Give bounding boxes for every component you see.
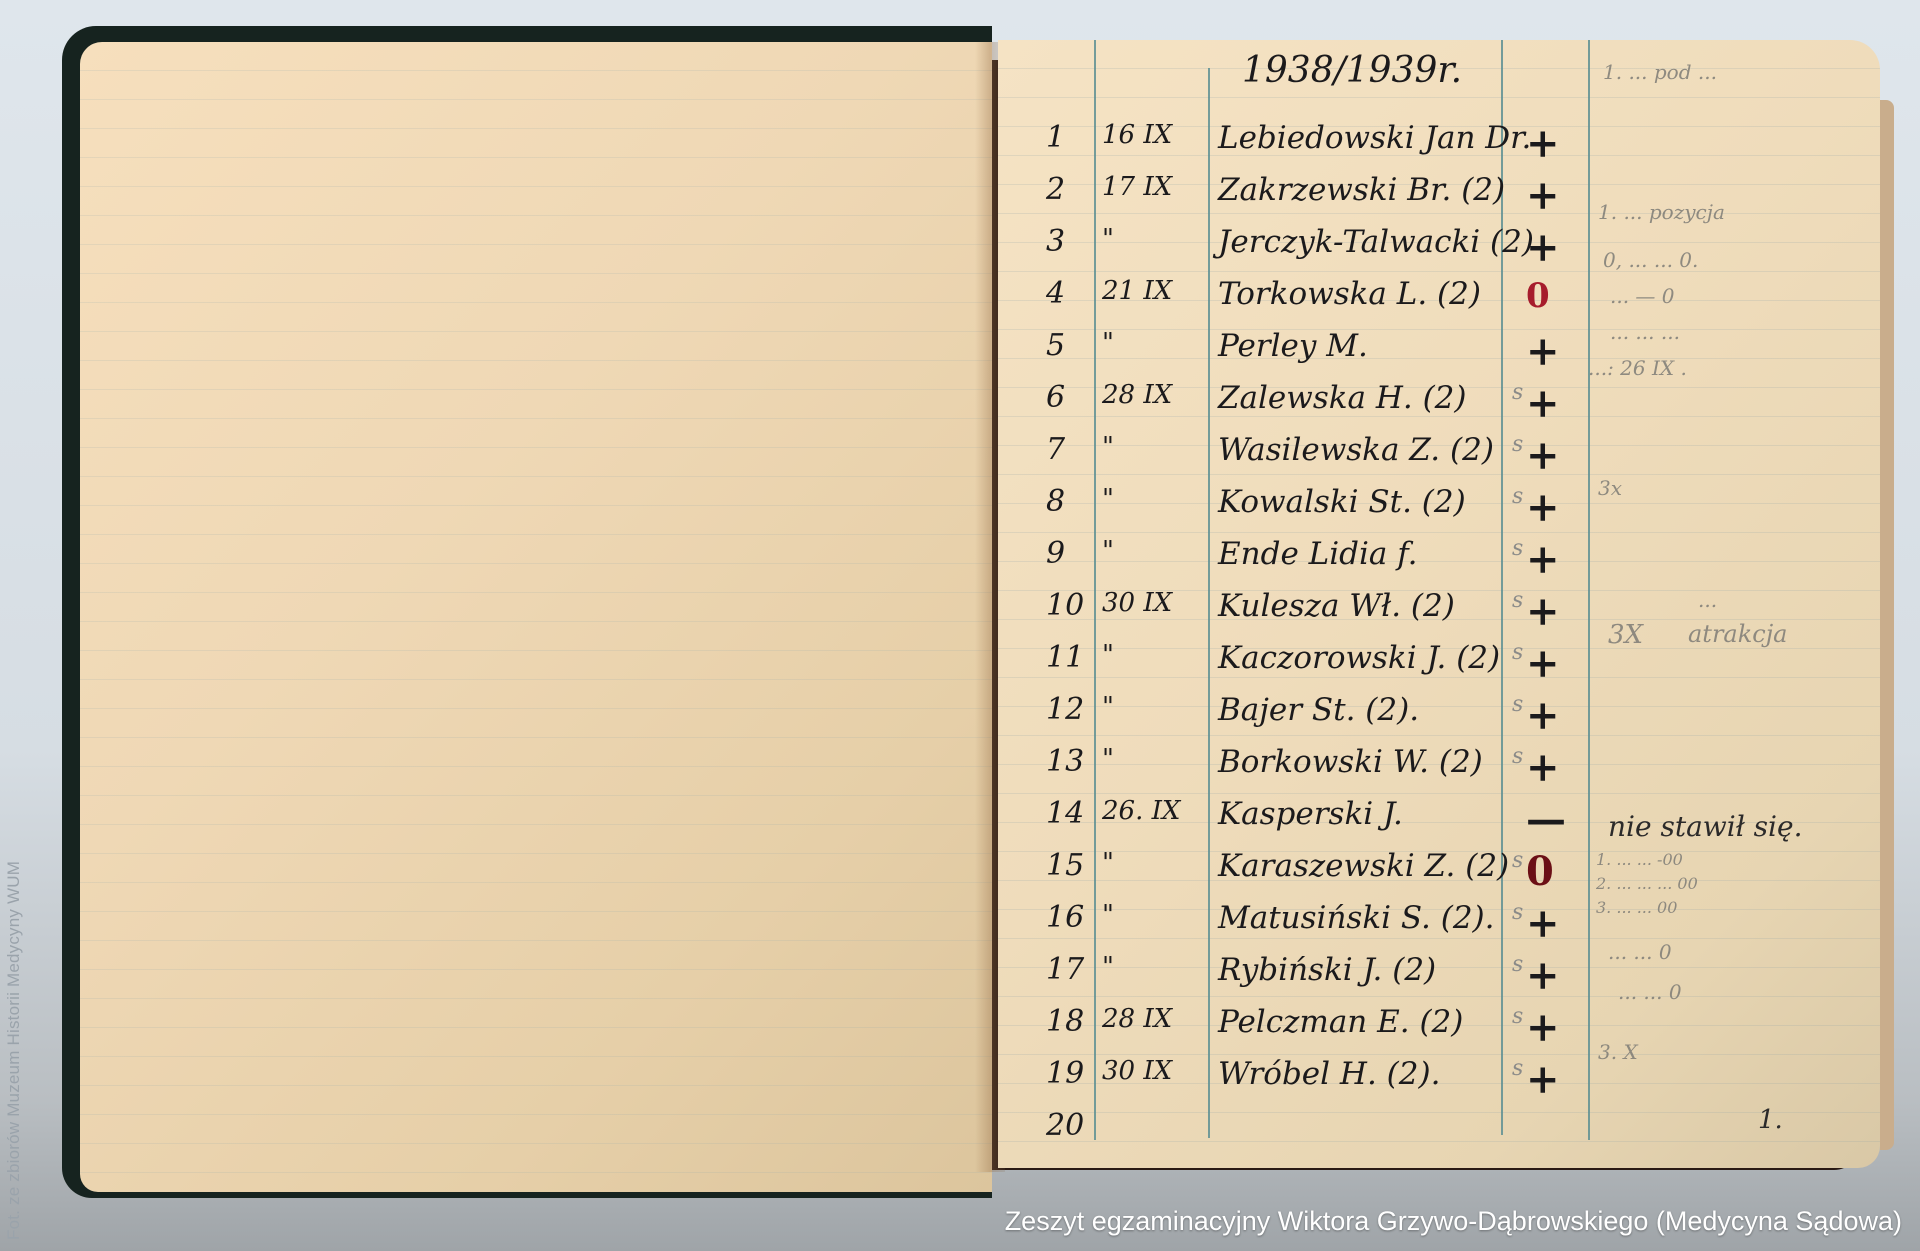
margin-note: atrakcja bbox=[1688, 620, 1787, 648]
register-row: 12"Bajer St. (2).s+ bbox=[998, 692, 1880, 744]
exam-result: + bbox=[1526, 484, 1560, 531]
margin-note: 3. X bbox=[1598, 1040, 1638, 1064]
student-name: Kulesza Wł. (2) bbox=[1218, 588, 1455, 624]
row-number: 4 bbox=[1046, 276, 1065, 311]
s-mark: s bbox=[1512, 380, 1523, 405]
margin-note: 0, ... ... 0. bbox=[1603, 248, 1698, 272]
margin-note: ...: 26 IX . bbox=[1588, 356, 1687, 380]
register-row: 15"Karaszewski Z. (2)s0 bbox=[998, 848, 1880, 900]
margin-note-top: 1. ... pod ... bbox=[1603, 60, 1717, 84]
exam-date: " bbox=[1102, 744, 1114, 774]
row-number: 1 bbox=[1046, 120, 1065, 155]
student-name: Perley M. bbox=[1218, 328, 1368, 364]
student-name: Bajer St. (2). bbox=[1218, 692, 1419, 728]
photo-credit: Fot. ze zbiorów Muzeum Historii Medycyny… bbox=[4, 861, 24, 1240]
register-row: 217 IXZakrzewski Br. (2)+ bbox=[998, 172, 1880, 224]
student-name: Rybiński J. (2) bbox=[1218, 952, 1436, 988]
student-name: Torkowska L. (2) bbox=[1218, 276, 1481, 312]
left-page bbox=[80, 42, 992, 1192]
student-name: Borkowski W. (2) bbox=[1218, 744, 1483, 780]
s-mark: s bbox=[1512, 484, 1523, 509]
register-row: 421 IXTorkowska L. (2)0 bbox=[998, 276, 1880, 328]
exam-date: 17 IX bbox=[1102, 172, 1172, 202]
exam-result: + bbox=[1526, 588, 1560, 635]
margin-note: 1. ... pozycja bbox=[1598, 200, 1725, 224]
margin-note: ... bbox=[1698, 588, 1717, 612]
student-name: Karaszewski Z. (2) bbox=[1218, 848, 1509, 884]
student-name: Kasperski J. bbox=[1218, 796, 1403, 832]
exam-date: 28 IX bbox=[1102, 380, 1172, 410]
exam-result: + bbox=[1526, 952, 1560, 999]
exam-date: 30 IX bbox=[1102, 1056, 1172, 1086]
exam-date: " bbox=[1102, 848, 1114, 878]
row-number: 18 bbox=[1046, 1004, 1084, 1039]
student-name: Lebiedowski Jan Dr. bbox=[1218, 120, 1531, 156]
register-row: 13"Borkowski W. (2)s+ bbox=[998, 744, 1880, 796]
s-mark: s bbox=[1512, 1004, 1523, 1029]
row-number: 10 bbox=[1046, 588, 1084, 623]
margin-note: ... ... 0 bbox=[1618, 980, 1682, 1004]
row-number: 14 bbox=[1046, 796, 1084, 831]
exam-result: + bbox=[1526, 172, 1560, 219]
exam-result: + bbox=[1526, 640, 1560, 687]
register-row: 17"Rybiński J. (2)s+ bbox=[998, 952, 1880, 1004]
row-number: 7 bbox=[1046, 432, 1065, 467]
exam-date: 28 IX bbox=[1102, 1004, 1172, 1034]
exam-date: " bbox=[1102, 432, 1114, 462]
register-row: 16"Matusiński S. (2).s+ bbox=[998, 900, 1880, 952]
exam-result: + bbox=[1526, 224, 1560, 271]
register-row: 1930 IXWróbel H. (2).s+ bbox=[998, 1056, 1880, 1108]
register-row: 7"Wasilewska Z. (2)s+ bbox=[998, 432, 1880, 484]
student-name: Pelczman E. (2) bbox=[1218, 1004, 1463, 1040]
register-row: 628 IXZalewska H. (2)s+ bbox=[998, 380, 1880, 432]
exam-date: 30 IX bbox=[1102, 588, 1172, 618]
register-year-header: 1938/1939r. bbox=[1242, 50, 1462, 91]
margin-note: 3X bbox=[1608, 620, 1643, 650]
row-number: 19 bbox=[1046, 1056, 1084, 1091]
student-name: Jerczyk-Talwacki (2) bbox=[1218, 224, 1534, 260]
exam-date: 21 IX bbox=[1102, 276, 1172, 306]
student-name: Kaczorowski J. (2) bbox=[1218, 640, 1500, 676]
margin-note-absent: nie stawił się. bbox=[1608, 810, 1802, 843]
s-mark: s bbox=[1512, 588, 1523, 613]
register-row: 5"Perley M.+ bbox=[998, 328, 1880, 380]
row-number: 2 bbox=[1046, 172, 1065, 207]
s-mark: s bbox=[1512, 432, 1523, 457]
exam-date: " bbox=[1102, 952, 1114, 982]
exam-result: 0 bbox=[1526, 848, 1554, 895]
exam-result: + bbox=[1526, 536, 1560, 583]
margin-note: 3. ... ... 00 bbox=[1596, 898, 1677, 917]
s-mark: s bbox=[1512, 744, 1523, 769]
exam-date: " bbox=[1102, 224, 1114, 254]
row-number: 3 bbox=[1046, 224, 1065, 259]
margin-note: ... ... ... bbox=[1610, 320, 1680, 344]
row-number: 20 bbox=[1046, 1108, 1084, 1143]
student-name: Zalewska H. (2) bbox=[1218, 380, 1467, 416]
s-mark: s bbox=[1512, 640, 1523, 665]
row-number: 11 bbox=[1046, 640, 1084, 675]
margin-note: 1. ... ... -00 bbox=[1596, 850, 1683, 869]
row-number: 6 bbox=[1046, 380, 1065, 415]
row-number: 9 bbox=[1046, 536, 1065, 571]
exam-date: " bbox=[1102, 328, 1114, 358]
exam-date: 26. IX bbox=[1102, 796, 1180, 826]
exam-result: + bbox=[1526, 900, 1560, 947]
student-name: Matusiński S. (2). bbox=[1218, 900, 1495, 936]
right-page: 1938/1939r. 116 IXLebiedowski Jan Dr.+21… bbox=[998, 40, 1880, 1168]
exam-date: " bbox=[1102, 692, 1114, 722]
student-name: Wróbel H. (2). bbox=[1218, 1056, 1440, 1092]
register-row: 1828 IXPelczman E. (2)s+ bbox=[998, 1004, 1880, 1056]
page-number: 1. bbox=[1758, 1105, 1783, 1135]
s-mark: s bbox=[1512, 692, 1523, 717]
student-name: Ende Lidia f. bbox=[1218, 536, 1417, 572]
exam-result: + bbox=[1526, 120, 1560, 167]
student-name: Wasilewska Z. (2) bbox=[1218, 432, 1494, 468]
s-mark: s bbox=[1512, 952, 1523, 977]
exam-date: " bbox=[1102, 536, 1114, 566]
register-row: 9"Ende Lidia f.s+ bbox=[998, 536, 1880, 588]
exam-result: — bbox=[1526, 796, 1566, 843]
exam-result: + bbox=[1526, 432, 1560, 479]
row-number: 5 bbox=[1046, 328, 1065, 363]
exam-result: + bbox=[1526, 328, 1560, 375]
margin-note: 2. ... ... ... 00 bbox=[1596, 874, 1698, 893]
exam-result: + bbox=[1526, 744, 1560, 791]
exam-result: + bbox=[1526, 1004, 1560, 1051]
row-number: 16 bbox=[1046, 900, 1084, 935]
row-number: 8 bbox=[1046, 484, 1065, 519]
student-name: Zakrzewski Br. (2) bbox=[1218, 172, 1505, 208]
register-row: 3"Jerczyk-Talwacki (2)+ bbox=[998, 224, 1880, 276]
exam-result: + bbox=[1526, 380, 1560, 427]
register-row: 8"Kowalski St. (2)s+ bbox=[998, 484, 1880, 536]
image-caption: Zeszyt egzaminacyjny Wiktora Grzywo-Dąbr… bbox=[1005, 1206, 1902, 1237]
exam-date: 16 IX bbox=[1102, 120, 1172, 150]
exam-date: " bbox=[1102, 900, 1114, 930]
exam-date: " bbox=[1102, 640, 1114, 670]
margin-note: ... — 0 bbox=[1610, 284, 1675, 308]
row-number: 15 bbox=[1046, 848, 1084, 883]
exam-result: + bbox=[1526, 692, 1560, 739]
s-mark: s bbox=[1512, 536, 1523, 561]
register-row: 20 bbox=[998, 1108, 1880, 1160]
exam-date: " bbox=[1102, 484, 1114, 514]
row-number: 17 bbox=[1046, 952, 1084, 987]
margin-note: ... ... 0 bbox=[1608, 940, 1672, 964]
exam-result: + bbox=[1526, 1056, 1560, 1103]
exam-result: 0 bbox=[1526, 276, 1550, 316]
row-number: 13 bbox=[1046, 744, 1084, 779]
row-number: 12 bbox=[1046, 692, 1084, 727]
s-mark: s bbox=[1512, 900, 1523, 925]
s-mark: s bbox=[1512, 1056, 1523, 1081]
register-row: 116 IXLebiedowski Jan Dr.+ bbox=[998, 120, 1880, 172]
student-name: Kowalski St. (2) bbox=[1218, 484, 1466, 520]
margin-note: 3x bbox=[1598, 476, 1622, 500]
s-mark: s bbox=[1512, 848, 1523, 873]
